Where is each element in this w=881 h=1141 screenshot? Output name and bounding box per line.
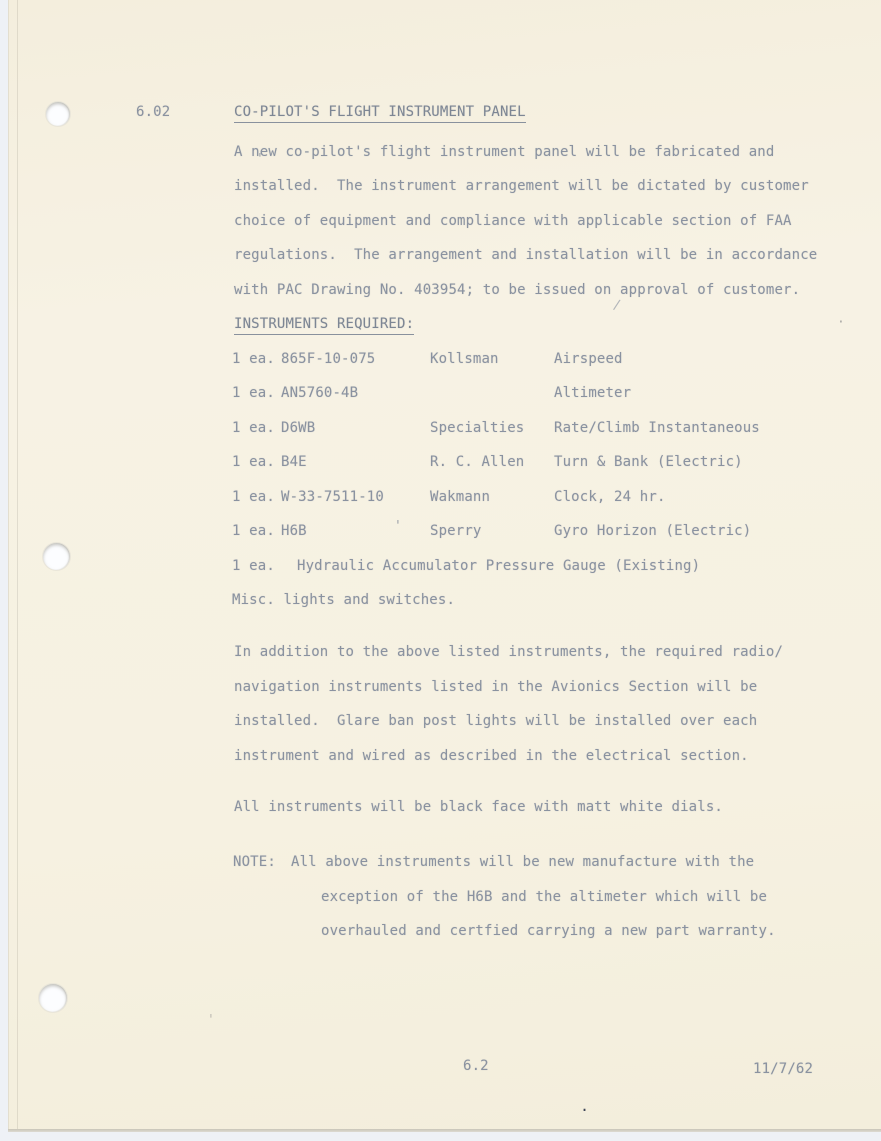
instrument-maker: R. C. Allen: [430, 453, 524, 471]
instrument-desc: Airspeed: [554, 350, 623, 368]
paper-bottom-edge: [8, 1129, 881, 1132]
instrument-desc: Clock, 24 hr.: [554, 488, 666, 506]
intro-line: A new co-pilot's flight instrument panel…: [234, 143, 774, 161]
instrument-qty: 1 ea.: [232, 419, 275, 437]
punch-hole-bottom: [39, 984, 67, 1012]
ink-speck: ': [394, 520, 402, 533]
instrument-qty: 1 ea.: [232, 488, 275, 506]
intro-line: with PAC Drawing No. 403954; to be issue…: [234, 281, 800, 299]
instrument-desc: Gyro Horizon (Electric): [554, 522, 751, 540]
instrument-maker: Sperry: [430, 522, 481, 540]
instrument-part: H6B: [281, 522, 307, 540]
instrument-qty: 1 ea.: [232, 522, 275, 540]
addition-line: In addition to the above listed instrume…: [234, 643, 783, 661]
intro-line: regulations. The arrangement and install…: [234, 246, 817, 264]
note-label: NOTE:: [233, 853, 276, 871]
instrument-item: Hydraulic Accumulator Pressure Gauge (Ex…: [297, 557, 700, 575]
intro-line: choice of equipment and compliance with …: [234, 212, 792, 230]
document-title-text: CO-PILOT'S FLIGHT INSTRUMENT PANEL: [234, 104, 526, 123]
instrument-maker: Kollsman: [430, 350, 499, 368]
footer-page-number: 6.2: [463, 1057, 489, 1075]
instrument-part: W-33-7511-10: [281, 488, 384, 506]
addition-line: navigation instruments listed in the Avi…: [234, 678, 757, 696]
instruments-heading: INSTRUMENTS REQUIRED:: [234, 315, 414, 333]
scanned-document-page: { "document": { "section_number": "6.02"…: [0, 0, 881, 1141]
instrument-qty: 1 ea.: [232, 453, 275, 471]
instrument-row: Misc. lights and switches.: [232, 591, 880, 609]
note-line: overhauled and certfied carrying a new p…: [321, 922, 776, 940]
instrument-row: 1 ea. W-33-7511-10 Wakmann Clock, 24 hr.: [232, 488, 880, 506]
instrument-item: Misc. lights and switches.: [232, 591, 455, 609]
note-line: All above instruments will be new manufa…: [291, 853, 754, 871]
addition-line: instrument and wired as described in the…: [234, 747, 749, 765]
instrument-desc: Rate/Climb Instantaneous: [554, 419, 760, 437]
paper-sheet: 6.02 CO-PILOT'S FLIGHT INSTRUMENT PANEL …: [8, 0, 881, 1129]
instrument-qty: 1 ea.: [232, 384, 275, 402]
ink-speck: ': [256, 153, 264, 166]
instrument-row: 1 ea. B4E R. C. Allen Turn & Bank (Elect…: [232, 453, 880, 471]
ink-speck: /: [612, 299, 622, 313]
ink-speck: ': [207, 1014, 215, 1027]
instrument-part: AN5760-4B: [281, 384, 358, 402]
instrument-part: B4E: [281, 453, 307, 471]
instrument-maker: Wakmann: [430, 488, 490, 506]
punch-hole-top: [46, 102, 70, 126]
instrument-row: 1 ea. Hydraulic Accumulator Pressure Gau…: [232, 557, 880, 575]
instrument-desc: Altimeter: [554, 384, 631, 402]
instrument-row: 1 ea. AN5760-4B Altimeter: [232, 384, 880, 402]
instrument-row: 1 ea. H6B Sperry Gyro Horizon (Electric): [232, 522, 880, 540]
instrument-maker: Specialties: [430, 419, 524, 437]
note-line: exception of the H6B and the altimeter w…: [321, 888, 767, 906]
ink-speck: .: [580, 1100, 589, 1113]
instruments-heading-text: INSTRUMENTS REQUIRED:: [234, 316, 414, 335]
instrument-part: D6WB: [281, 419, 315, 437]
addition-line: installed. Glare ban post lights will be…: [234, 712, 757, 730]
instrument-part: 865F-10-075: [281, 350, 375, 368]
document-title: CO-PILOT'S FLIGHT INSTRUMENT PANEL: [234, 103, 526, 121]
punch-hole-middle: [43, 543, 70, 570]
instrument-qty: 1 ea.: [232, 350, 275, 368]
intro-line: installed. The instrument arrangement wi…: [234, 177, 809, 195]
instrument-row: 1 ea. D6WB Specialties Rate/Climb Instan…: [232, 419, 880, 437]
footer-date: 11/7/62: [753, 1060, 813, 1078]
instrument-qty: 1 ea.: [232, 557, 275, 575]
instrument-desc: Turn & Bank (Electric): [554, 453, 743, 471]
dials-line: All instruments will be black face with …: [234, 798, 723, 816]
instrument-row: 1 ea. 865F-10-075 Kollsman Airspeed: [232, 350, 880, 368]
ink-speck: ·: [837, 316, 845, 329]
section-number: 6.02: [136, 103, 170, 121]
paper-edge-shadow: [17, 0, 18, 1129]
